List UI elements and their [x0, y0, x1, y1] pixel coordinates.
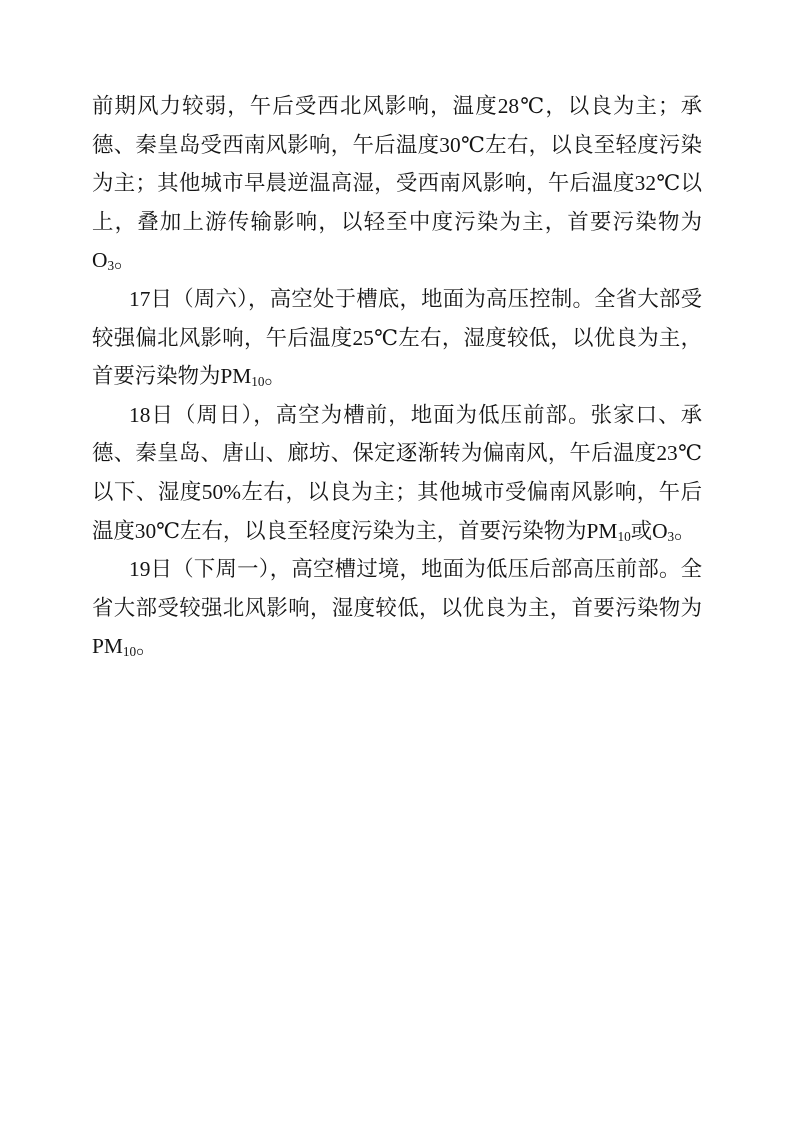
paragraph-forecast-day19: 19日（下周一），高空槽过境，地面为低压后部高压前部。全省大部受较强北风影响，湿…	[92, 550, 702, 666]
subscript-text: 10	[617, 528, 630, 543]
paragraph-forecast-continuation: 前期风力较弱，午后受西北风影响，温度28℃，以良为主；承德、秦皇岛受西南风影响，…	[92, 87, 702, 280]
paragraph-forecast-day18: 18日（周日），高空为槽前，地面为低压前部。张家口、承德、秦皇岛、唐山、廊坊、保…	[92, 396, 702, 550]
text-run: 。	[674, 519, 695, 543]
document-body: 前期风力较弱，午后受西北风影响，温度28℃，以良为主；承德、秦皇岛受西南风影响，…	[92, 87, 702, 666]
text-run: 。	[114, 248, 135, 272]
subscript-text: 10	[251, 374, 264, 389]
text-run: 。	[136, 634, 157, 658]
text-run: 18日（周日），高空为槽前，地面为低压前部。张家口、承德、秦皇岛、唐山、廊坊、保…	[92, 403, 702, 543]
text-run: 19日（下周一），高空槽过境，地面为低压后部高压前部。全省大部受较强北风影响，湿…	[92, 557, 702, 658]
subscript-text: 10	[123, 644, 136, 659]
text-run: 。	[265, 364, 286, 388]
paragraph-forecast-day17: 17日（周六），高空处于槽底，地面为高压控制。全省大部受较强偏北风影响，午后温度…	[92, 280, 702, 396]
text-run: 17日（周六），高空处于槽底，地面为高压控制。全省大部受较强偏北风影响，午后温度…	[92, 287, 702, 388]
text-run: 前期风力较弱，午后受西北风影响，温度28℃，以良为主；承德、秦皇岛受西南风影响，…	[92, 94, 702, 272]
document-page: 前期风力较弱，午后受西北风影响，温度28℃，以良为主；承德、秦皇岛受西南风影响，…	[0, 0, 793, 1122]
text-run: 或O	[631, 519, 668, 543]
